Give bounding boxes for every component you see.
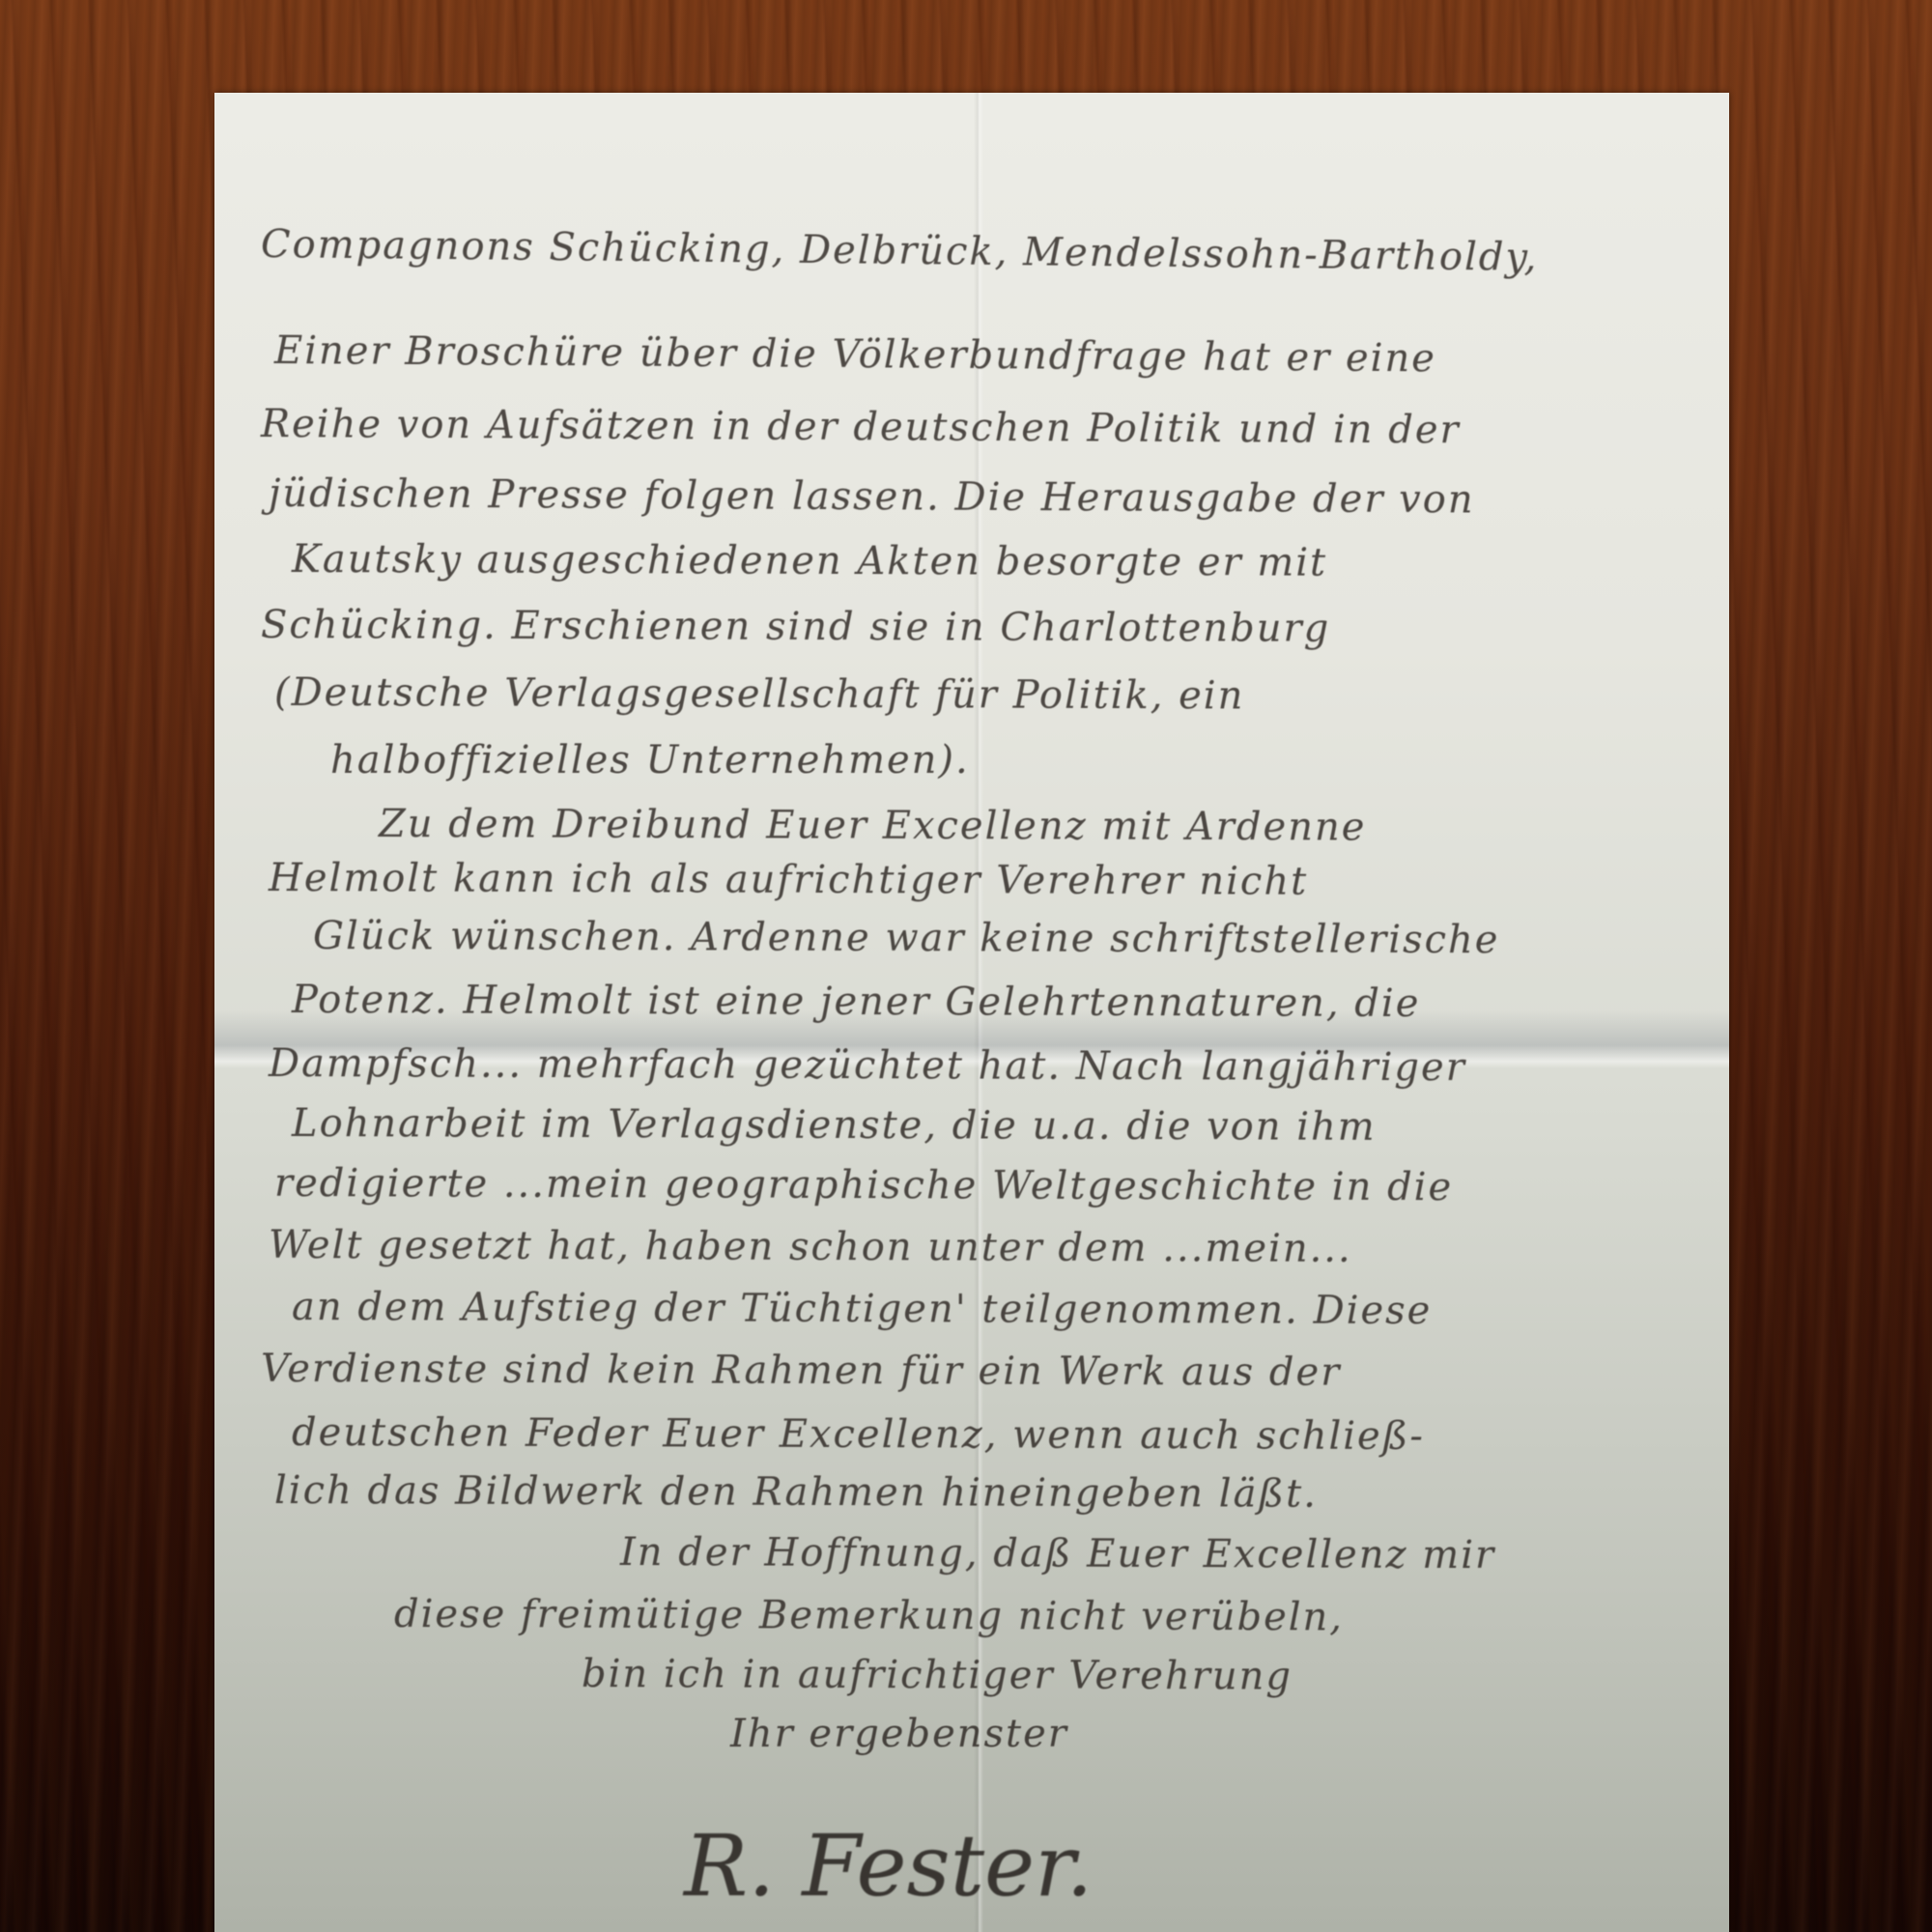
text-line-12: Potenz. Helmolt ist eine jener Gelehrten… (292, 978, 1421, 1026)
text-line-17: an dem Aufstieg der Tüchtigen' teilgenom… (292, 1285, 1432, 1333)
text-line-10: Helmolt kann ich als aufrichtiger Verehr… (269, 856, 1308, 904)
text-line-3: Reihe von Aufsätzen in der deutschen Pol… (261, 402, 1461, 453)
letter-sheet: Compagnons Schücking, Delbrück, Mendelss… (214, 93, 1729, 1932)
text-line-1: Compagnons Schücking, Delbrück, Mendelss… (261, 222, 1539, 280)
text-line-8: halboffizielles Unternehmen). (330, 738, 970, 782)
text-line-13: Dampfsch... mehrfach gezüchtet hat. Nach… (269, 1041, 1466, 1090)
text-line-11: Glück wünschen. Ardenne war keine schrif… (313, 914, 1500, 962)
text-line-20: lich das Bildwerk den Rahmen hineingeben… (274, 1468, 1318, 1517)
handwritten-text-body: Compagnons Schücking, Delbrück, Mendelss… (214, 93, 1729, 1932)
text-line-24: Ihr ergebenster (730, 1712, 1068, 1756)
text-line-7: (Deutsche Verlagsgesellschaft für Politi… (274, 670, 1245, 719)
text-line-16: Welt gesetzt hat, haben schon unter dem … (269, 1223, 1352, 1271)
text-line-18: Verdienste sind kein Rahmen für ein Werk… (261, 1347, 1341, 1395)
text-line-9: Zu dem Dreibund Euer Excellenz mit Arden… (379, 802, 1367, 850)
signature: R. Fester. (684, 1816, 1094, 1916)
text-line-4: jüdischen Presse folgen lassen. Die Hera… (269, 471, 1475, 523)
text-line-22: diese freimütige Bemerkung nicht verübel… (394, 1592, 1344, 1639)
text-line-21: In der Hoffnung, daß Euer Excellenz mir (620, 1530, 1495, 1577)
text-line-23: bin ich in aufrichtiger Verehrung (582, 1652, 1293, 1699)
text-line-5: Kautsky ausgeschiedenen Akten besorgte e… (292, 537, 1327, 585)
text-line-14: Lohnarbeit im Verlagsdienste, die u.a. d… (292, 1101, 1377, 1150)
text-line-19: deutschen Feder Euer Excellenz, wenn auc… (292, 1410, 1425, 1459)
text-line-15: redigierte ...mein geographische Weltges… (274, 1161, 1453, 1209)
text-line-6: Schücking. Erschienen sind sie in Charlo… (261, 603, 1330, 651)
text-line-2: Einer Broschüre über die Völkerbundfrage… (274, 328, 1436, 381)
